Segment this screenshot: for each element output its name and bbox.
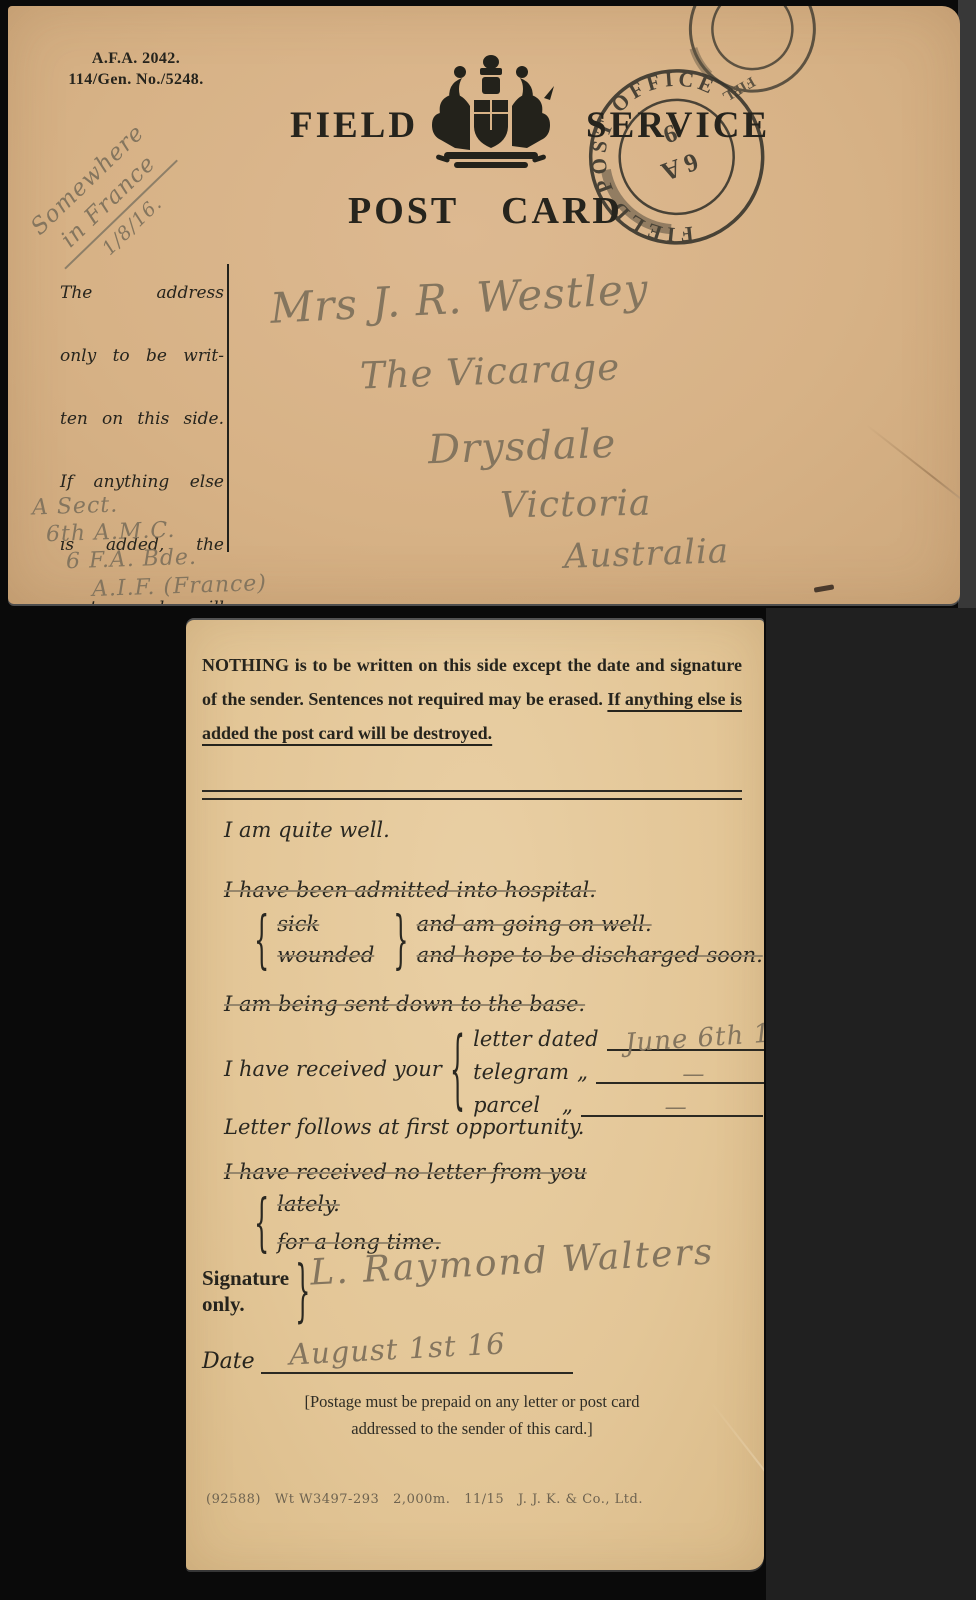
label-letter-dated: letter dated — [473, 1027, 598, 1051]
printer-imprint: (92588) Wt W3497-293 2,000m. 11/15 J. J.… — [206, 1492, 643, 1507]
instruction-line: The address — [60, 278, 224, 341]
date-block: Date August 1st 16 — [202, 1348, 573, 1374]
title-post-card: POST CARD — [348, 189, 623, 233]
brace-left: { — [450, 1018, 465, 1119]
message-admitted-hospital: I have been admitted into hospital. — [224, 878, 596, 902]
message-letter-follows: Letter follows at first opportunity. — [224, 1115, 585, 1139]
date-blank-line: August 1st 16 — [261, 1348, 573, 1374]
double-rule-divider — [202, 790, 742, 800]
brace-left: { — [254, 1187, 269, 1260]
sender-unit-amc: 6th A.M.C. — [46, 518, 176, 548]
received-group: I have received your { letter dated June… — [224, 1020, 764, 1117]
postage-note: [Postage must be prepaid on any letter o… — [202, 1388, 742, 1442]
ink-speck — [814, 584, 835, 592]
message-no-letter: I have received no letter from you — [224, 1160, 587, 1184]
address-line-state: Victoria — [500, 483, 652, 527]
option-wounded: wounded — [277, 943, 385, 967]
label-parcel: parcel — [473, 1093, 540, 1117]
brace-left: { — [254, 903, 269, 976]
pencil-note-somewhere-in-france: Somewhere in France 1/8/16. — [8, 100, 215, 307]
instruction-line: only to be writ- — [60, 341, 224, 404]
signature-label-line1: Signature — [202, 1266, 289, 1290]
handwritten-parcel-dash: — — [665, 1095, 688, 1120]
received-intro: I have received your — [224, 1057, 442, 1081]
sender-unit-brigade: 6 F.A. Bde. — [66, 545, 198, 575]
postage-note-line1: [Postage must be prepaid on any letter o… — [202, 1388, 742, 1415]
brace-right: } — [295, 1252, 310, 1330]
form-number-line2: 114/Gen. No./5248. — [36, 69, 236, 90]
brace-right: } — [393, 903, 408, 976]
lately-group: { lately. for a long time. — [254, 1192, 441, 1254]
option-lately: lately. — [277, 1192, 441, 1216]
royal-coat-of-arms-icon — [416, 52, 566, 188]
scanner-background-strip — [958, 0, 976, 612]
field-service-postcard-back: NOTHING is to be written on this side ex… — [186, 620, 764, 1570]
letter-dated-blank-line: June 6th 16 — [607, 1049, 764, 1051]
message-sent-to-base: I am being sent down to the base. — [224, 992, 585, 1016]
telegram-blank-line: — — [596, 1082, 764, 1084]
vertical-divider-rule — [227, 264, 229, 552]
ditto-mark: „ — [577, 1060, 588, 1084]
title-field: FIELD — [290, 104, 418, 147]
field-service-postcard-front: FIEL FIELD POST OFFICE 6 A 9 A.F.A. 2042… — [8, 6, 960, 604]
option-sick: sick — [277, 912, 385, 936]
address-line-town: Drysdale — [427, 421, 617, 474]
address-line-country: Australia — [563, 531, 729, 577]
parcel-blank-line: — — [581, 1115, 763, 1117]
date-label: Date — [202, 1349, 255, 1374]
message-quite-well: I am quite well. — [224, 818, 390, 842]
sender-unit-aif: A.I.F. (France) — [92, 571, 268, 602]
sick-wounded-group: { sick wounded } and am going on well. a… — [254, 912, 763, 967]
scanner-background-strip — [766, 608, 976, 1600]
card-crease — [865, 424, 960, 530]
option-going-on-well: and am going on well. — [417, 912, 763, 936]
form-number: A.F.A. 2042. 114/Gen. No./5248. — [36, 48, 236, 90]
option-discharged-soon: and hope to be discharged soon. — [417, 943, 763, 967]
scanned-postcard-page: FIEL FIELD POST OFFICE 6 A 9 A.F.A. 2042… — [0, 0, 976, 1600]
postage-note-line2: addressed to the sender of this card.] — [202, 1415, 742, 1442]
address-line-vicarage: The Vicarage — [359, 345, 621, 397]
label-telegram: telegram — [473, 1060, 569, 1084]
nothing-written-notice: NOTHING is to be written on this side ex… — [202, 648, 742, 750]
handwritten-date: August 1st 16 — [288, 1326, 506, 1371]
signature-label-line2: only. — [202, 1292, 245, 1316]
postmark-inner-line1: 6 A — [657, 147, 702, 187]
signature-block: Signature only. } — [202, 1265, 310, 1317]
form-number-line1: A.F.A. 2042. — [36, 48, 236, 69]
handwritten-telegram-dash: — — [682, 1062, 705, 1087]
ditto-mark: „ — [548, 1093, 573, 1117]
title-service: SERVICE — [586, 104, 770, 147]
address-recipient-name: Mrs J. R. Westley — [269, 264, 650, 333]
instruction-line: ten on this side. — [60, 404, 224, 467]
sender-unit-section: A Sect. — [32, 493, 119, 521]
